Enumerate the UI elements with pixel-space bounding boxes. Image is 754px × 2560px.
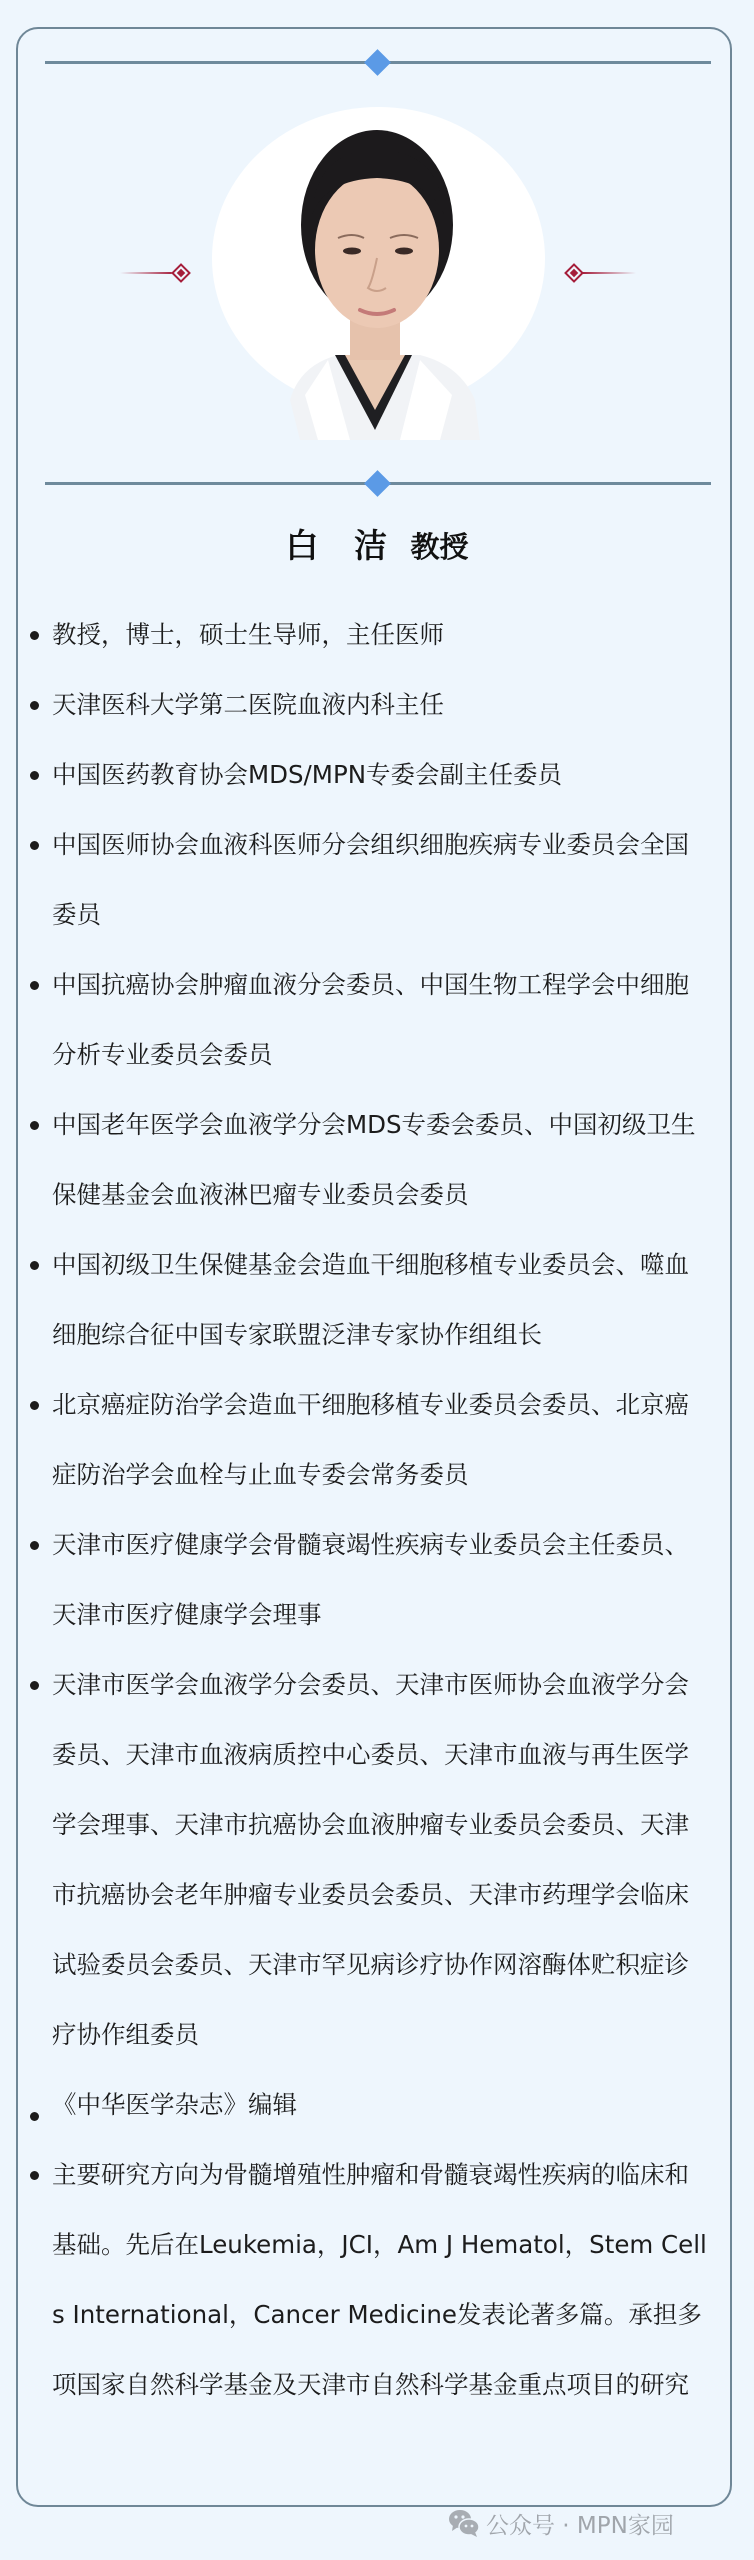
profile-title: 教授 [411,530,469,564]
watermark-text: 公众号 · MPN家园 [486,2507,674,2540]
wechat-icon [448,2508,480,2538]
bio-item: 教授，博士，硕士生导师，主任医师 [30,600,710,670]
bio-item: 中国抗癌协会肿瘤血液分会委员、中国生物工程学会中细胞分析专业委员会委员 [30,950,710,1090]
left-ornament-line [120,272,174,274]
bullet-icon [30,981,39,990]
right-ornament-line [582,272,636,274]
bio-item: 中国初级卫生保健基金会造血干细胞移植专业委员会、噬血细胞综合征中国专家联盟泛津专… [30,1230,710,1370]
bullet-icon [30,1261,39,1270]
bullet-icon [30,841,39,850]
profile-heading: 白 洁 教授 [0,520,754,567]
bullet-icon [30,1401,39,1410]
bio-item: 中国老年医学会血液学分会MDS专委会委员、中国初级卫生保健基金会血液淋巴瘤专业委… [30,1090,710,1230]
bullet-icon [30,2171,39,2180]
bio-item: 中国医药教育协会MDS/MPN专委会副主任委员 [30,740,710,810]
watermark: 公众号 · MPN家园 [448,2508,674,2538]
photo-frame [212,107,545,410]
bio-item: 《中华医学杂志》编辑 [30,2070,710,2140]
bullet-icon [30,2112,39,2121]
bullet-icon [30,1681,39,1690]
bio-item: 天津市医疗健康学会骨髓衰竭性疾病专业委员会主任委员、天津市医疗健康学会理事 [30,1510,710,1650]
bio-item: 主要研究方向为骨髓增殖性肿瘤和骨髓衰竭性疾病的临床和基础。先后在Leukemia… [30,2140,710,2420]
bullet-icon [30,1541,39,1550]
profile-name: 白 洁 [285,526,399,565]
bullet-icon [30,1121,39,1130]
bio-list: 教授，博士，硕士生导师，主任医师 天津医科大学第二医院血液内科主任 中国医药教育… [30,600,710,2420]
bio-item: 北京癌症防治学会造血干细胞移植专业委员会委员、北京癌症防治学会血栓与止血专委会常… [30,1370,710,1510]
bullet-icon [30,701,39,710]
bio-item: 中国医师协会血液科医师分会组织细胞疾病专业委员会全国委员 [30,810,710,950]
bio-item: 天津市医学会血液学分会委员、天津市医师协会血液学分会委员、天津市血液病质控中心委… [30,1650,710,2070]
bullet-icon [30,771,39,780]
bullet-icon [30,631,39,640]
bio-item: 天津医科大学第二医院血液内科主任 [30,670,710,740]
